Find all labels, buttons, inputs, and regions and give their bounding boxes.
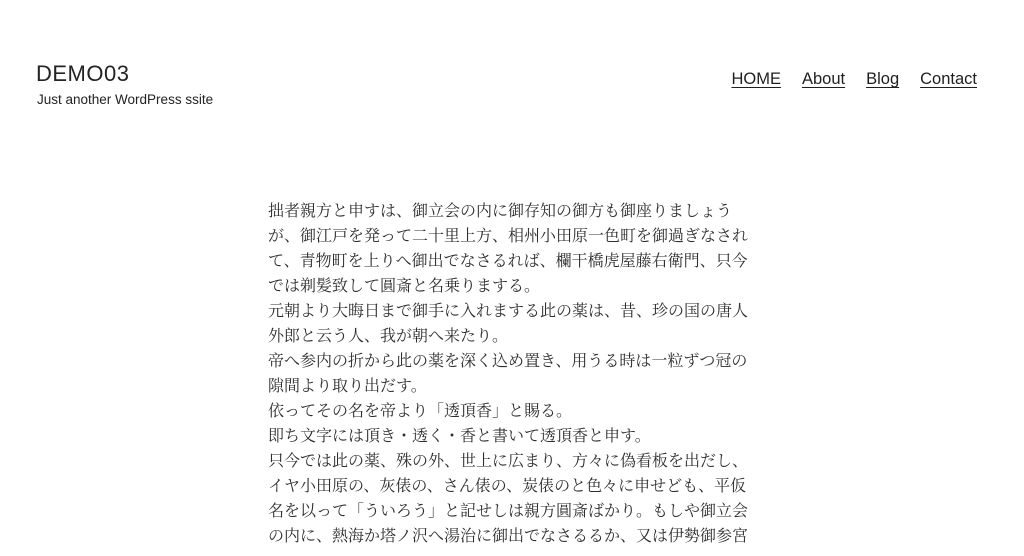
nav-link-about[interactable]: About bbox=[802, 70, 845, 89]
post-body-text: 拙者親方と申すは、御立会の内に御存知の御方も御座りましょう が、御江戸を発って二… bbox=[268, 199, 748, 549]
page: DEMO03 Just another WordPress ssite HOME… bbox=[0, 0, 1024, 556]
site-tagline: Just another WordPress ssite bbox=[37, 92, 213, 107]
main-nav: HOME About Blog Contact bbox=[731, 70, 977, 89]
nav-link-blog[interactable]: Blog bbox=[866, 70, 899, 89]
site-title[interactable]: DEMO03 bbox=[36, 61, 129, 87]
nav-link-contact[interactable]: Contact bbox=[920, 70, 977, 89]
nav-link-home[interactable]: HOME bbox=[731, 70, 781, 89]
